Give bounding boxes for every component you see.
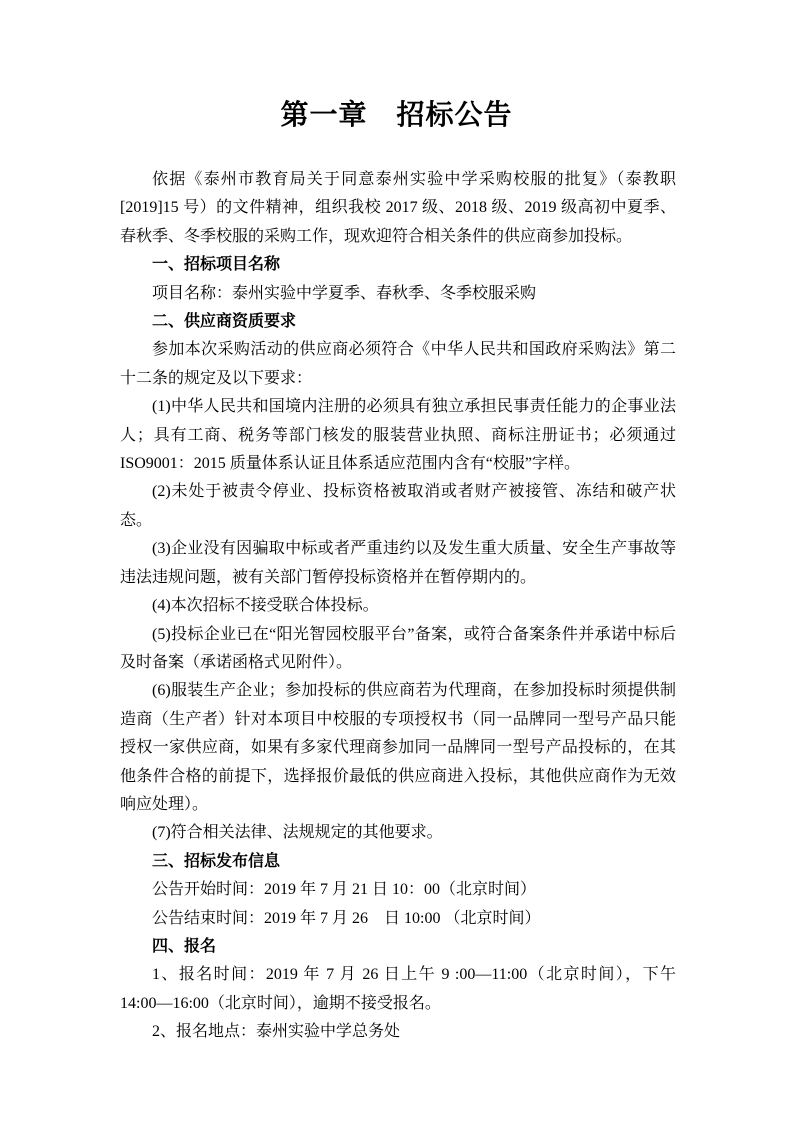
section-heading: 四、报名 xyxy=(120,933,676,961)
body-paragraph: (4)本次招标不接受联合体投标。 xyxy=(120,592,676,620)
document-page: 第一章 招标公告 依据《泰州市教育局关于同意泰州实验中学采购校服的批复》（泰教职… xyxy=(0,0,793,1122)
page-title: 第一章 招标公告 xyxy=(0,0,793,134)
section-heading: 一、招标项目名称 xyxy=(120,251,676,279)
body-paragraph: (3)企业没有因骗取中标或者严重违约以及发生重大质量、安全生产事故等违法违规问题… xyxy=(120,535,676,592)
body-paragraph: 参加本次采购活动的供应商必须符合《中华人民共和国政府采购法》第二十二条的规定及以… xyxy=(120,336,676,393)
body-paragraph: 依据《泰州市教育局关于同意泰州实验中学采购校服的批复》（泰教职[2019]15 … xyxy=(120,166,676,251)
body-paragraph: 公告开始时间：2019 年 7 月 21 日 10：00（北京时间） xyxy=(120,876,676,904)
section-heading: 二、供应商资质要求 xyxy=(120,308,676,336)
body-paragraph: (2)未处于被责令停业、投标资格被取消或者财产被接管、冻结和破产状态。 xyxy=(120,478,676,535)
document-body: 依据《泰州市教育局关于同意泰州实验中学采购校服的批复》（泰教职[2019]15 … xyxy=(120,166,676,1047)
body-paragraph: (1)中华人民共和国境内注册的必须具有独立承担民事责任能力的企事业法人；具有工商… xyxy=(120,393,676,478)
body-paragraph: (7)符合相关法律、法规规定的其他要求。 xyxy=(120,819,676,847)
body-paragraph: 项目名称：泰州实验中学夏季、春秋季、冬季校服采购 xyxy=(120,280,676,308)
body-paragraph: 2、报名地点：泰州实验中学总务处 xyxy=(120,1018,676,1046)
body-paragraph: (6)服装生产企业；参加投标的供应商若为代理商，在参加投标时须提供制造商（生产者… xyxy=(120,677,676,819)
body-paragraph: 1、报名时间：2019 年 7 月 26 日上午 9 :00—11:00（北京时… xyxy=(120,961,676,1018)
body-paragraph: 公告结束时间：2019 年 7 月 26 日 10:00 （北京时间） xyxy=(120,905,676,933)
body-paragraph: (5)投标企业已在“阳光智园校服平台”备案，或符合备案条件并承诺中标后及时备案（… xyxy=(120,621,676,678)
section-heading: 三、招标发布信息 xyxy=(120,848,676,876)
